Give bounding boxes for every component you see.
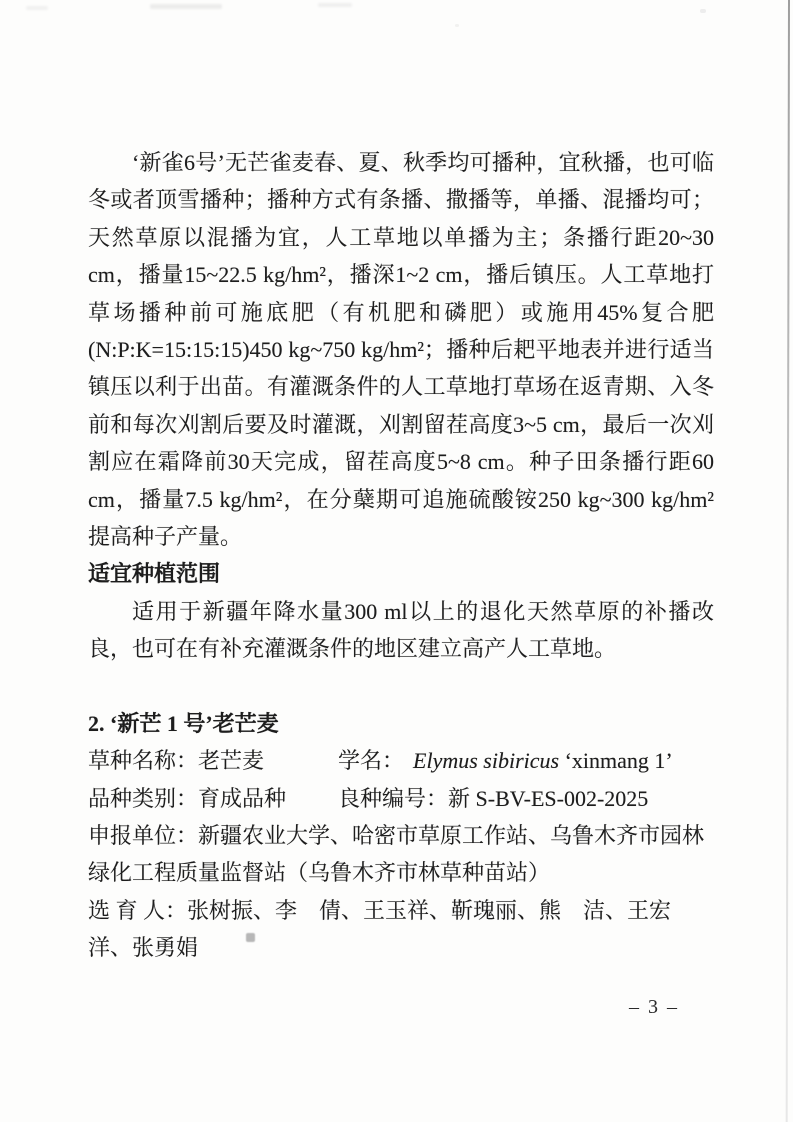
scan-speck: [700, 9, 706, 13]
field-row-category: 品种类别：育成品种 良种编号：新 S-BV-ES-002-2025: [88, 780, 714, 817]
seed-number-value: 新 S-BV-ES-002-2025: [448, 786, 648, 811]
heading-suitable-planting-range: 适宜种植范围: [88, 555, 714, 592]
scan-speck: [26, 6, 48, 10]
scientific-name-latin: Elymus sibiricus: [413, 748, 559, 773]
section-2-heading: 2. ‘新芒 1 号’老芒麦: [88, 705, 714, 742]
seed-number-cell: 良种编号：新 S-BV-ES-002-2025: [338, 780, 714, 817]
scientific-name-label: 学名：: [338, 748, 404, 773]
scan-speck: [150, 4, 222, 9]
field-row-grass-name: 草种名称：老芒麦 学名：Elymus sibiricus ‘xinmang 1’: [88, 742, 714, 779]
scanned-document-page: ‘新雀6号’无芒雀麦春、夏、秋季均可播种，宜秋播，也可临冬或者顶雪播种；播种方式…: [0, 0, 793, 1122]
category-value: 育成品种: [198, 786, 286, 811]
category-label: 品种类别：: [88, 786, 198, 811]
scan-speck: [318, 3, 352, 7]
document-body: ‘新雀6号’无芒雀麦春、夏、秋季均可播种，宜秋播，也可临冬或者顶雪播种；播种方式…: [88, 144, 714, 967]
field-row-breeders: 选 育 人：张树振、李 倩、王玉祥、靳瑰丽、熊 洁、王宏洋、张勇娟: [88, 892, 714, 967]
paragraph-suitable-planting-range: 适用于新疆年降水量300 ml以上的退化天然草原的补播改良，也可在有补充灌溉条件…: [88, 593, 714, 668]
category-cell: 品种类别：育成品种: [88, 780, 338, 817]
grass-name-label: 草种名称：: [88, 748, 198, 773]
scan-edge-line: [786, 0, 790, 1122]
scan-speck: [455, 24, 459, 27]
scientific-name-cultivar: ‘xinmang 1’: [559, 748, 673, 773]
grass-name-value: 老芒麦: [198, 748, 264, 773]
grass-name-cell: 草种名称：老芒麦: [88, 742, 338, 779]
seed-number-label: 良种编号：: [338, 786, 448, 811]
page-number: – 3 –: [629, 995, 679, 1019]
paragraph-sowing-cultivation: ‘新雀6号’无芒雀麦春、夏、秋季均可播种，宜秋播，也可临冬或者顶雪播种；播种方式…: [88, 144, 714, 555]
field-row-applicant: 申报单位：新疆农业大学、哈密市草原工作站、乌鲁木齐市园林绿化工程质量监督站（乌鲁…: [88, 817, 714, 892]
breeders-label: 选 育 人：: [88, 898, 187, 923]
applicant-label: 申报单位：: [88, 823, 198, 848]
scientific-name-cell: 学名：Elymus sibiricus ‘xinmang 1’: [338, 742, 714, 779]
